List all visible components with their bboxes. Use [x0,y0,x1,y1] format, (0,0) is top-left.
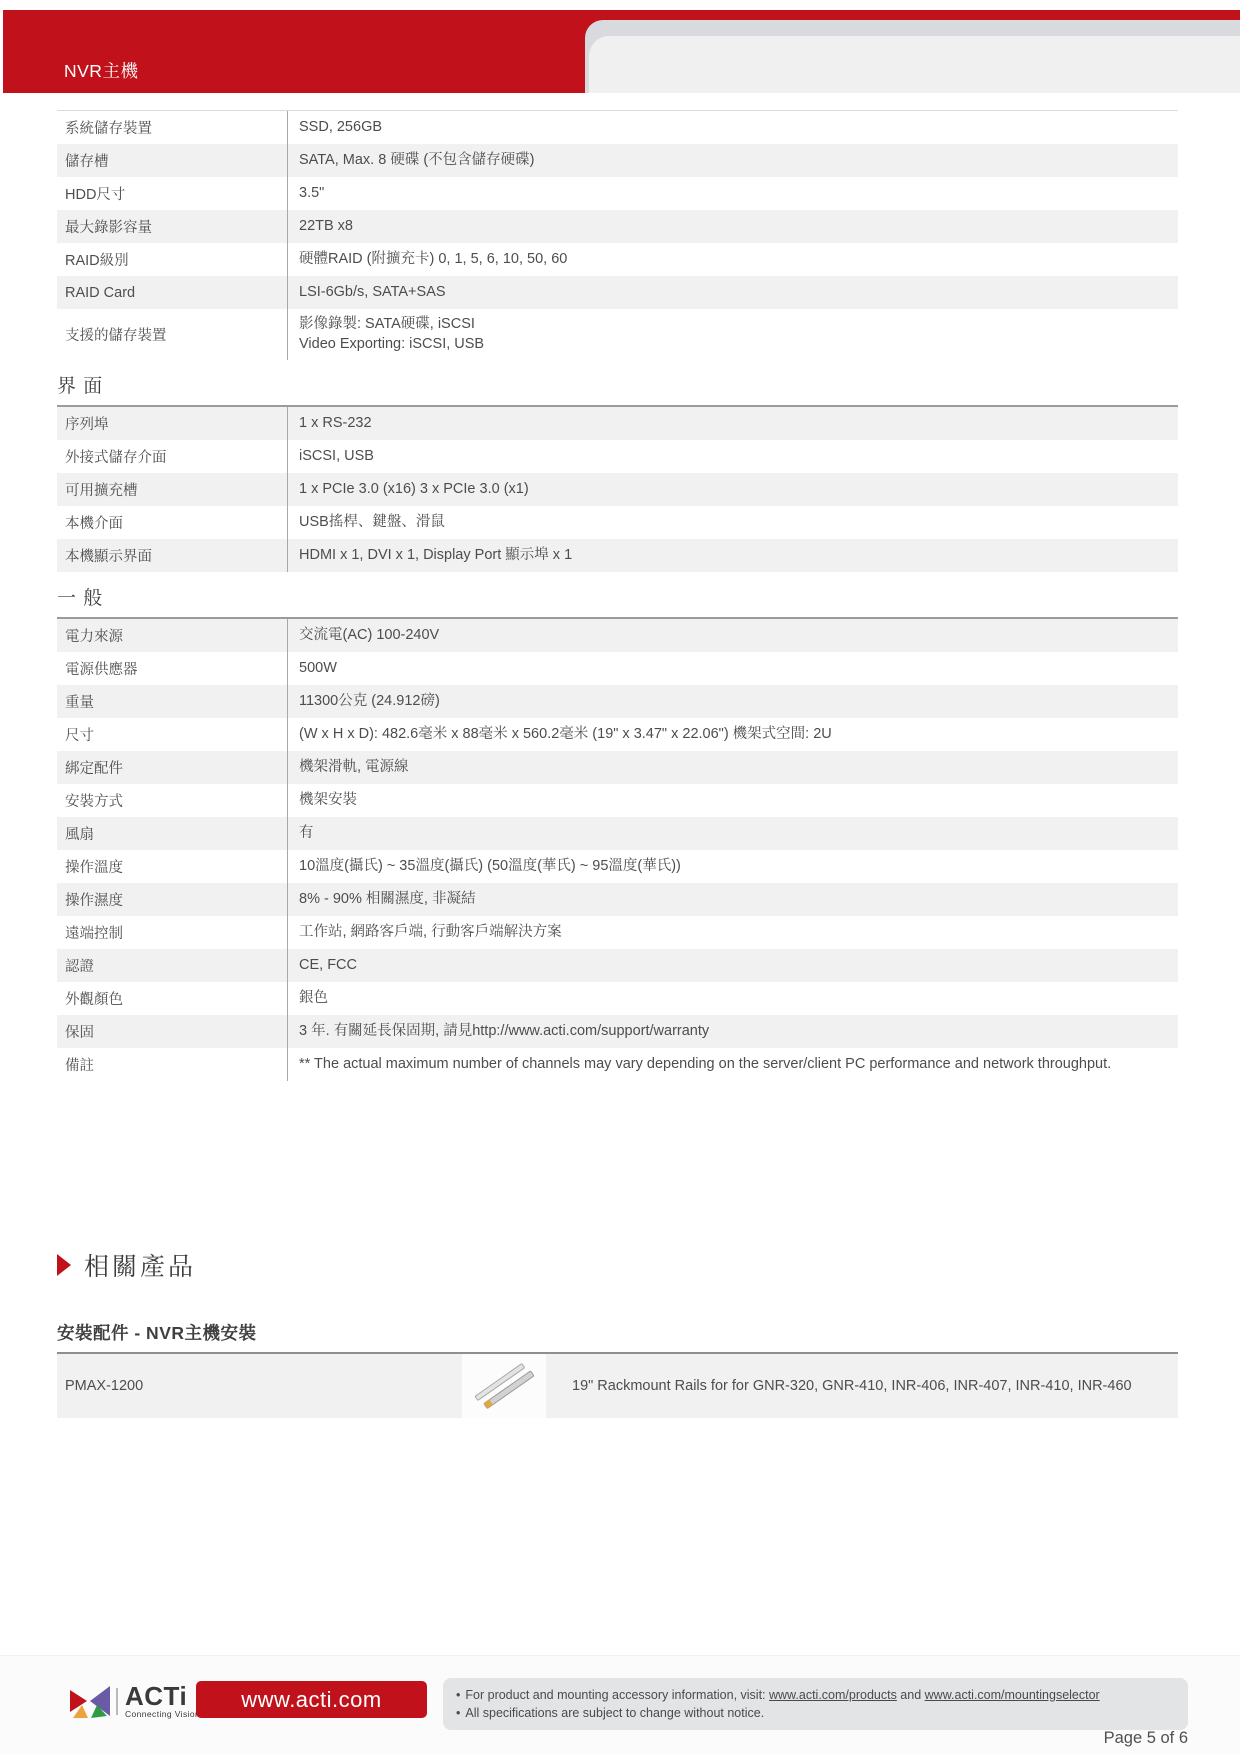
spec-row: 備註** The actual maximum number of channe… [57,1048,1178,1081]
spec-value: 3 年. 有關延長保固期, 請見http://www.acti.com/supp… [287,1015,1178,1048]
spec-value: 機架安裝 [287,784,1178,817]
spec-row: 本機顯示界面HDMI x 1, DVI x 1, Display Port 顯示… [57,539,1178,572]
spec-value: SSD, 256GB [287,111,1178,144]
spec-label: 外觀顏色 [57,982,287,1015]
spec-label: 重量 [57,685,287,718]
spec-value: LSI-6Gb/s, SATA+SAS [287,276,1178,309]
related-product-model: PMAX-1200 [57,1378,462,1394]
spec-label: 遠端控制 [57,916,287,949]
page-title: NVR主機 [64,58,138,83]
spec-row: 外接式儲存介面iSCSI, USB [57,440,1178,473]
red-triangle-bullet-icon [57,1254,71,1276]
spec-value: 影像錄製: SATA硬碟, iSCSI Video Exporting: iSC… [287,309,1178,360]
spec-label: 儲存槽 [57,144,287,177]
spec-value: 500W [287,652,1178,685]
spec-value: 機架滑軌, 電源線 [287,751,1178,784]
note2-text: All specifications are subject to change… [465,1706,764,1720]
spec-label: RAID級別 [57,243,287,276]
spec-label: 電源供應器 [57,652,287,685]
spec-label: 本機顯示界面 [57,539,287,572]
spec-label: 序列埠 [57,407,287,440]
spec-value: 銀色 [287,982,1178,1015]
spec-row: 風扇有 [57,817,1178,850]
spec-value: 工作站, 網路客戶端, 行動客戶端解決方案 [287,916,1178,949]
related-product-image-cell [462,1354,546,1418]
mountingselector-link[interactable]: www.acti.com/mountingselector [925,1688,1100,1702]
spec-row: 儲存槽SATA, Max. 8 硬碟 (不包含儲存硬碟) [57,144,1178,177]
spec-row: 系統儲存裝置SSD, 256GB [57,111,1178,144]
spec-row: 尺寸(W x H x D): 482.6毫米 x 88毫米 x 560.2毫米 … [57,718,1178,751]
spec-row: 認證CE, FCC [57,949,1178,982]
spec-table-storage: 系統儲存裝置SSD, 256GB儲存槽SATA, Max. 8 硬碟 (不包含儲… [57,110,1178,360]
logo-tagline: Connecting Vision [125,1709,200,1719]
spec-label: 保固 [57,1015,287,1048]
spec-row: 安裝方式機架安裝 [57,784,1178,817]
spec-label: 綁定配件 [57,751,287,784]
related-products-heading: 相關產品 [57,1247,1178,1283]
spec-row: 電源供應器500W [57,652,1178,685]
spec-row: 重量11300公克 (24.912磅) [57,685,1178,718]
spec-row: 外觀顏色銀色 [57,982,1178,1015]
mounting-accessories-subtitle: 安裝配件 - NVR主機安裝 [57,1320,1178,1354]
spec-table-general: 電力來源交流電(AC) 100-240V電源供應器500W重量11300公克 (… [57,617,1178,1081]
spec-value: USB搖桿、鍵盤、滑鼠 [287,506,1178,539]
spec-table-interface: 序列埠1 x RS-232外接式儲存介面iSCSI, USB可用擴充槽1 x P… [57,405,1178,572]
spec-value: 有 [287,817,1178,850]
page-header: NVR主機 [0,0,1240,93]
spec-label: 操作溫度 [57,850,287,883]
spec-row: HDD尺寸3.5" [57,177,1178,210]
spec-value: 1 x RS-232 [287,407,1178,440]
spec-row: 序列埠1 x RS-232 [57,407,1178,440]
spec-row: 保固3 年. 有關延長保固期, 請見http://www.acti.com/su… [57,1015,1178,1048]
spec-row: 最大錄影容量22TB x8 [57,210,1178,243]
acti-logo: ACTi Connecting Vision [70,1683,200,1719]
footer-note-2: •All specifications are subject to chang… [456,1704,1175,1722]
spec-row: 支援的儲存裝置影像錄製: SATA硬碟, iSCSI Video Exporti… [57,309,1178,360]
spec-value: HDMI x 1, DVI x 1, Display Port 顯示埠 x 1 [287,539,1178,572]
footer-notes-box: •For product and mounting accessory info… [443,1678,1188,1730]
spec-value: 3.5" [287,177,1178,210]
spec-label: 可用擴充槽 [57,473,287,506]
spec-label: 認證 [57,949,287,982]
spec-row: 電力來源交流電(AC) 100-240V [57,619,1178,652]
related-product-description: 19" Rackmount Rails for for GNR-320, GNR… [546,1378,1132,1394]
note1-prefix: For product and mounting accessory infor… [465,1688,769,1702]
rackmount-rails-icon [474,1360,534,1412]
spec-value: 8% - 90% 相關濕度, 非凝結 [287,883,1178,916]
spec-value: SATA, Max. 8 硬碟 (不包含儲存硬碟) [287,144,1178,177]
spec-row: 可用擴充槽1 x PCIe 3.0 (x16) 3 x PCIe 3.0 (x1… [57,473,1178,506]
spec-value: 10溫度(攝氏) ~ 35溫度(攝氏) (50溫度(華氏) ~ 95溫度(華氏)… [287,850,1178,883]
spec-value: ** The actual maximum number of channels… [287,1048,1178,1081]
spec-row: 操作濕度8% - 90% 相關濕度, 非凝結 [57,883,1178,916]
page-footer: ACTi Connecting Vision www.acti.com •For… [0,1655,1240,1755]
products-link[interactable]: www.acti.com/products [769,1688,897,1702]
related-product-row: PMAX-1200 19" Rackmount Rails for for GN… [57,1354,1178,1418]
note-bullet: • [456,1706,460,1720]
spec-value: iSCSI, USB [287,440,1178,473]
note-bullet: • [456,1688,460,1702]
spec-row: 操作溫度10溫度(攝氏) ~ 35溫度(攝氏) (50溫度(華氏) ~ 95溫度… [57,850,1178,883]
acti-website-button[interactable]: www.acti.com [196,1681,427,1718]
spec-row: RAID級別硬體RAID (附擴充卡) 0, 1, 5, 6, 10, 50, … [57,243,1178,276]
note1-middle: and [897,1688,925,1702]
spec-row: 遠端控制工作站, 網路客戶端, 行動客戶端解決方案 [57,916,1178,949]
datasheet-page: NVR主機 系統儲存裝置SSD, 256GB儲存槽SATA, Max. 8 硬碟… [0,0,1240,1755]
spec-value: 11300公克 (24.912磅) [287,685,1178,718]
spec-value: 1 x PCIe 3.0 (x16) 3 x PCIe 3.0 (x1) [287,473,1178,506]
spec-label: 操作濕度 [57,883,287,916]
spec-value: 22TB x8 [287,210,1178,243]
section-title-general: 一 般 [57,583,1178,610]
spec-label: 本機介面 [57,506,287,539]
logo-name: ACTi [125,1684,200,1708]
spec-label: 尺寸 [57,718,287,751]
spec-label: 最大錄影容量 [57,210,287,243]
spec-label: 外接式儲存介面 [57,440,287,473]
spec-label: 系統儲存裝置 [57,111,287,144]
header-tab [589,36,1240,93]
spec-content: 系統儲存裝置SSD, 256GB儲存槽SATA, Max. 8 硬碟 (不包含儲… [57,110,1178,1418]
spec-value: CE, FCC [287,949,1178,982]
spec-value: 硬體RAID (附擴充卡) 0, 1, 5, 6, 10, 50, 60 [287,243,1178,276]
spec-row: 本機介面USB搖桿、鍵盤、滑鼠 [57,506,1178,539]
spec-label: RAID Card [57,276,287,309]
footer-note-1: •For product and mounting accessory info… [456,1686,1175,1704]
spec-value: (W x H x D): 482.6毫米 x 88毫米 x 560.2毫米 (1… [287,718,1178,751]
spec-label: 備註 [57,1048,287,1081]
section-title-interface: 界 面 [57,371,1178,398]
spec-value: 交流電(AC) 100-240V [287,619,1178,652]
logo-divider [116,1688,118,1715]
acti-butterfly-logo-icon [70,1683,110,1719]
spec-label: HDD尺寸 [57,177,287,210]
spec-row: 綁定配件機架滑軌, 電源線 [57,751,1178,784]
page-number: Page 5 of 6 [1104,1729,1188,1748]
spec-label: 支援的儲存裝置 [57,309,287,360]
spec-label: 電力來源 [57,619,287,652]
spec-row: RAID CardLSI-6Gb/s, SATA+SAS [57,276,1178,309]
spec-label: 風扇 [57,817,287,850]
spec-label: 安裝方式 [57,784,287,817]
related-products-heading-text: 相關產品 [84,1247,196,1283]
